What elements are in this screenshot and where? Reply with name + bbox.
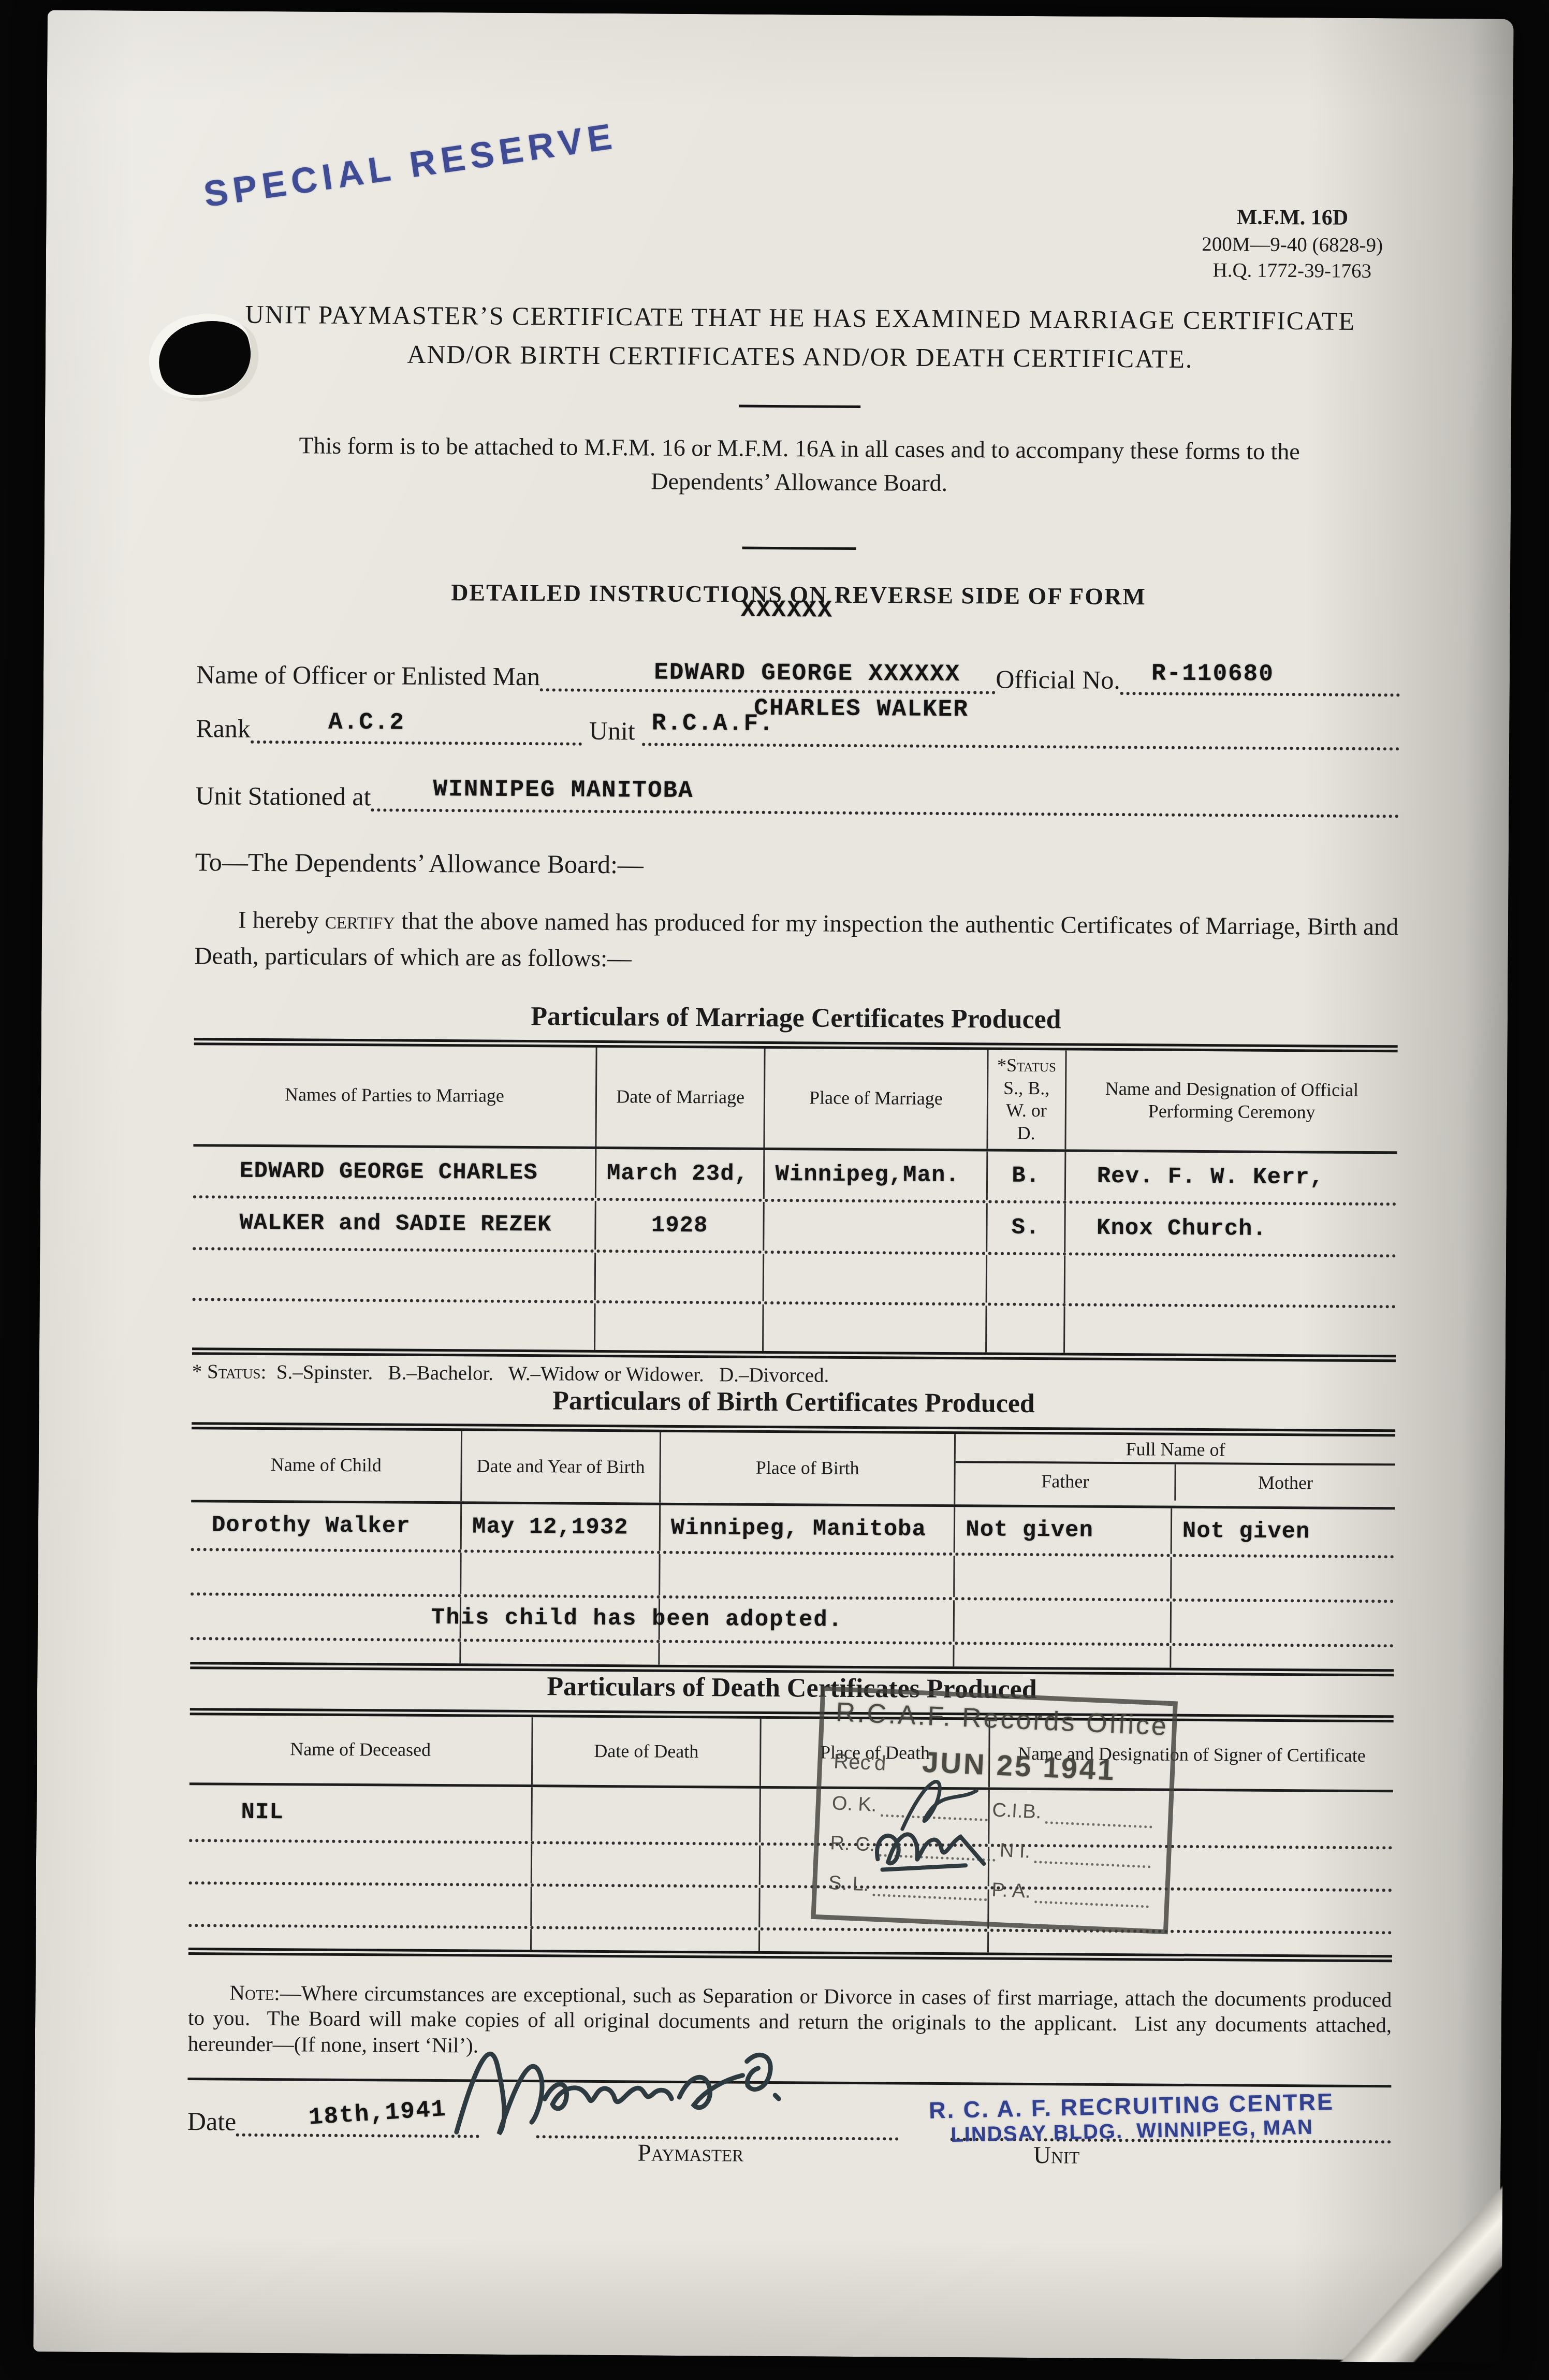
birth-child: Dorothy Walker xyxy=(191,1502,462,1549)
official-no-line: R-110680 xyxy=(1120,662,1400,696)
attach-instruction: This form is to be attached to M.F.M. 16… xyxy=(197,428,1401,503)
signature-section-rule xyxy=(187,2078,1391,2087)
birth-mother: Not given xyxy=(1172,1508,1395,1556)
marriage-status-2: S. xyxy=(987,1203,1066,1253)
marriage-names-2: WALKER and SADIE REZEK xyxy=(193,1198,596,1250)
marriage-table-header: Names of Parties to Marriage Date of Mar… xyxy=(193,1045,1397,1154)
paymaster-signature-line xyxy=(536,2105,899,2140)
birth-place: Winnipeg, Manitoba xyxy=(660,1505,955,1552)
rank-label: Rank xyxy=(196,715,251,744)
form-title-line1: UNIT PAYMASTER’S CERTIFICATE THAT HE HAS… xyxy=(198,295,1402,341)
marriage-official-2: Knox Church. xyxy=(1065,1204,1397,1255)
signature-row: Date 18th,1941 R. C. A. F. RECRUITING CE… xyxy=(187,2091,1391,2143)
table-row: EDWARD GEORGE CHARLES March 23d, Winnipe… xyxy=(193,1147,1397,1206)
adopted-note: This child has been adopted. xyxy=(431,1605,843,1633)
column-header: Date and Year of Birth xyxy=(462,1431,661,1503)
column-header: Father xyxy=(956,1463,1176,1501)
marriage-table-heading: Particulars of Marriage Certificates Pro… xyxy=(194,999,1398,1037)
unit-value: R.C.A.F. xyxy=(652,709,774,737)
note-text: Where circumstances are exceptional, suc… xyxy=(188,1981,1397,2057)
column-header: Name of Deceased xyxy=(189,1715,533,1784)
column-header: Date of Marriage xyxy=(596,1048,766,1148)
marriage-official-1: Rev. F. W. Kerr, xyxy=(1065,1152,1397,1203)
marriage-status-1: B. xyxy=(987,1152,1066,1201)
marriage-table: Names of Parties to Marriage Date of Mar… xyxy=(192,1038,1398,1362)
divider-rule xyxy=(742,546,856,549)
table-row xyxy=(192,1301,1396,1355)
form-content: UNIT PAYMASTER’S CERTIFICATE THAT HE HAS… xyxy=(187,11,1404,2171)
note-label: Note:— xyxy=(229,1981,301,2005)
name-field-row: Name of Officer or Enlisted Man XXXXXX E… xyxy=(196,656,1400,696)
date-label: Date xyxy=(187,2108,237,2137)
column-header: Name of Child xyxy=(191,1429,462,1501)
name-struck-value: XXXXXX xyxy=(741,596,833,623)
unit-signature-line: R. C. A. F. RECRUITING CENTRE LINDSAY BL… xyxy=(951,2108,1391,2143)
table-row: NIL xyxy=(189,1785,1393,1849)
column-header: Name and Designation of Official Perform… xyxy=(1066,1050,1398,1152)
marriage-place-1: Winnipeg,Man. xyxy=(765,1150,988,1200)
table-row: This child has been adopted. xyxy=(191,1595,1394,1647)
unit-caption: Unit xyxy=(1033,2141,1079,2170)
table-row: Dorothy Walker May 12,1932 Winnipeg, Man… xyxy=(191,1502,1395,1558)
full-name-header-group: Full Name of Father Mother xyxy=(956,1434,1395,1502)
date-value: 18th,1941 xyxy=(308,2096,447,2131)
unit-line: R.C.A.F. xyxy=(642,713,1400,750)
table-row: WALKER and SADIE REZEK 1928 S. Knox Chur… xyxy=(193,1198,1397,1257)
form-title-line2: AND/OR BIRTH CERTIFICATES AND/OR DEATH C… xyxy=(198,333,1402,380)
column-header: Full Name of xyxy=(956,1434,1395,1465)
official-no-label: Official No. xyxy=(996,666,1120,694)
marriage-date-2: 1928 xyxy=(596,1201,765,1251)
official-no-value: R-110680 xyxy=(1151,660,1274,687)
form-title: UNIT PAYMASTER’S CERTIFICATE THAT HE HAS… xyxy=(198,295,1402,380)
column-header: Names of Parties to Marriage xyxy=(193,1045,597,1147)
marriage-date-1: March 23d, xyxy=(596,1149,765,1199)
table-row xyxy=(189,1842,1393,1892)
stationed-label: Unit Stationed at xyxy=(195,782,371,811)
column-header: Mother xyxy=(1176,1464,1395,1502)
stationed-field-row: Unit Stationed at WINNIPEG MANITOBA xyxy=(195,777,1399,818)
birth-father: Not given xyxy=(955,1507,1172,1554)
birth-table: Name of Child Date and Year of Birth Pla… xyxy=(190,1422,1395,1676)
column-header: Date of Death xyxy=(533,1717,762,1786)
rank-value: A.C.2 xyxy=(328,708,405,736)
note-paragraph: Note:—Where circumstances are exceptiona… xyxy=(188,1980,1392,2064)
column-header: Place of Marriage xyxy=(765,1049,988,1149)
divider-rule xyxy=(739,405,860,408)
attach-instruction-line2: Dependents’ Allowance Board. xyxy=(197,461,1401,503)
stationed-line: WINNIPEG MANITOBA xyxy=(371,778,1399,818)
records-office-stamp: R.C.A.F. Records Office Rec'd JUN 25 194… xyxy=(811,1686,1178,1934)
recd-label: Rec'd xyxy=(833,1750,886,1775)
marriage-place-2 xyxy=(765,1202,988,1252)
rank-line: A.C.2 xyxy=(251,710,582,745)
birth-date: May 12,1932 xyxy=(462,1504,661,1551)
death-table: Name of Deceased Date of Death Place of … xyxy=(188,1708,1394,1962)
photo-background: { "stamps": { "special_reserve": "SPECIA… xyxy=(0,0,1549,2380)
rc-initials-signature xyxy=(866,1809,1004,1888)
death-table-header: Name of Deceased Date of Death Place of … xyxy=(189,1715,1394,1792)
page-corner-curl xyxy=(1336,2181,1502,2363)
rank-field-row: Rank A.C.2 Unit R.C.A.F. xyxy=(196,710,1399,750)
column-header: Place of Birth xyxy=(661,1432,956,1504)
addressee-line: To—The Dependents’ Allowance Board:— xyxy=(195,847,1399,884)
name-typed-line1: EDWARD GEORGE XXXXXX xyxy=(654,659,960,688)
death-deceased: NIL xyxy=(189,1785,532,1841)
paymaster-caption: Paymaster xyxy=(637,2139,743,2167)
marriage-names-1: EDWARD GEORGE CHARLES xyxy=(193,1147,596,1198)
table-row xyxy=(188,1884,1392,1934)
certify-lead: I hereby xyxy=(238,906,325,934)
certify-paragraph: I hereby certify that the above named ha… xyxy=(194,902,1398,982)
stationed-value: WINNIPEG MANITOBA xyxy=(433,776,694,804)
form-paper-sheet: SPECIAL RESERVE M.F.M. 16D 200M—9-40 (68… xyxy=(33,10,1514,2360)
column-header-status: *Status S., B., W. or D. xyxy=(988,1050,1066,1150)
unit-label: Unit xyxy=(589,717,635,746)
birth-table-header: Name of Child Date and Year of Birth Pla… xyxy=(191,1429,1395,1510)
name-field-label: Name of Officer or Enlisted Man xyxy=(196,661,540,691)
name-field-line: XXXXXX EDWARD GEORGE XXXXXX CHARLES WALK… xyxy=(540,658,996,694)
table-row xyxy=(191,1551,1394,1603)
certify-keyword: certify xyxy=(325,907,396,934)
date-line: 18th,1941 xyxy=(236,2103,479,2138)
recruiting-centre-stamp: R. C. A. F. RECRUITING CENTRE LINDSAY BL… xyxy=(919,2088,1345,2147)
table-row xyxy=(193,1250,1397,1308)
